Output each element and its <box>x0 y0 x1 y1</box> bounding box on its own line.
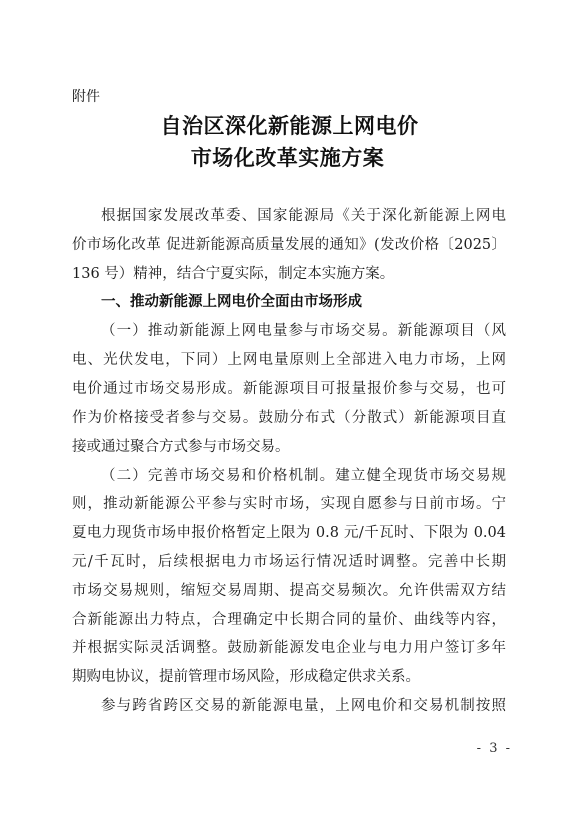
body-line: 参与跨省跨区交易的新能源电量，上网电价和交易机制按照 <box>101 695 506 717</box>
body-line: 电价通过市场交易形成。新能源项目可报量报价参与交易，也可 <box>72 378 506 400</box>
body-line: 作为价格接受者参与交易。鼓励分布式（分散式）新能源项目直 <box>72 407 506 429</box>
document-page: 附件 自治区深化新能源上网电价 市场化改革实施方案 根据国家发展改革委、国家能源… <box>0 0 575 818</box>
document-title-line-2: 市场化改革实施方案 <box>0 144 575 172</box>
body-line: 合新能源出力特点，合理确定中长期合同的量价、曲线等内容， <box>72 609 506 631</box>
document-title-line-1: 自治区深化新能源上网电价 <box>2 112 575 140</box>
body-line: 夏电力现货市场申报价格暂定上限为 0.8 元/千瓦时、下限为 0.04 <box>72 522 506 544</box>
body-line: （二）完善市场交易和价格机制。建立健全现货市场交易规 <box>101 465 506 487</box>
section-heading: 一、推动新能源上网电价全面由市场形成 <box>101 291 506 313</box>
body-line: 则，推动新能源公平参与实时市场，实现自愿参与日前市场。宁 <box>72 493 506 515</box>
body-line: 接或通过聚合方式参与市场交易。 <box>72 436 506 458</box>
body-line: 价市场化改革 促进新能源高质量发展的通知》(发改价格〔2025〕 <box>72 234 506 256</box>
body-line: 136 号）精神，结合宁夏实际，制定本实施方案。 <box>72 263 506 285</box>
body-line: 并根据实际灵活调整。鼓励新能源发电企业与电力用户签订多年 <box>72 637 506 659</box>
body-line: 期购电协议，提前管理市场风险，形成稳定供求关系。 <box>72 666 506 688</box>
body-line: 电、光伏发电，下同）上网电量原则上全部进入电力市场，上网 <box>72 349 506 371</box>
body-line: 市场交易规则，缩短交易周期、提高交易频次。允许供需双方结 <box>72 580 506 602</box>
attachment-label: 附件 <box>72 88 100 106</box>
page-number: - 3 - <box>462 740 512 758</box>
body-line: 元/千瓦时，后续根据电力市场运行情况适时调整。完善中长期 <box>72 551 506 573</box>
body-line: （一）推动新能源上网电量参与市场交易。新能源项目（风 <box>101 320 506 342</box>
body-line: 根据国家发展改革委、国家能源局《关于深化新能源上网电 <box>101 205 506 227</box>
